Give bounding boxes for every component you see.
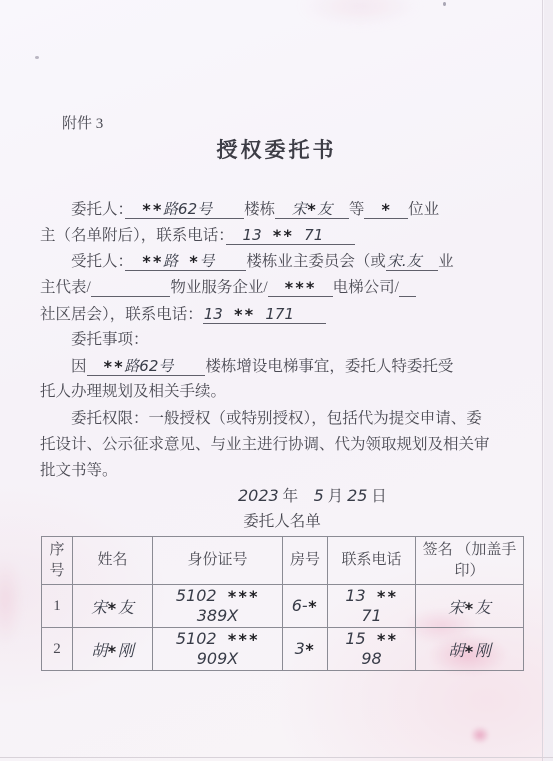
blank-field: 宋*友 — [91, 601, 134, 617]
typed-asterisks: *** — [284, 278, 316, 297]
blank-field: 6-* — [292, 599, 319, 615]
printed-text: 主代表/ — [40, 279, 91, 296]
printed-text: 电梯公司/ — [333, 279, 399, 296]
handwritten-text: 宋 — [292, 200, 307, 218]
blank-field — [91, 279, 171, 297]
blank-field: **路62号 — [87, 358, 206, 376]
printed-text: 2 — [53, 641, 61, 657]
printed-text: 1 — [53, 598, 61, 614]
body-line: 委托权限：一般授权（或特别授权），包括代为提交申请、委 — [40, 406, 538, 432]
typed-asterisks: *** — [217, 587, 260, 606]
printed-text: 托人办理规划及相关手续。 — [40, 383, 226, 400]
handwritten-text: 宋 — [91, 598, 107, 617]
handwritten-text: 13 — [204, 305, 223, 323]
printed-text: 委托人： — [40, 201, 125, 218]
printed-text: 位业 — [408, 201, 439, 218]
blank-field — [399, 279, 417, 297]
paper-edge-line — [542, 0, 543, 761]
handwritten-text: 5 — [314, 486, 324, 505]
cell-seq: 1 — [42, 585, 73, 628]
handwritten-text: 389X — [197, 606, 239, 625]
blank-field: 13 ** 71 — [345, 589, 397, 625]
handwritten-text: 5102 — [176, 629, 217, 648]
printed-text: 等 — [349, 201, 365, 218]
handwritten-text: 友 — [118, 598, 134, 617]
cell-phone: 13 ** 71 — [328, 585, 416, 628]
blank-space — [332, 201, 348, 218]
typed-asterisks: * — [308, 597, 319, 616]
printed-text: 社区居会），联系电话： — [40, 306, 203, 323]
handwritten-text: 71 — [304, 226, 323, 244]
blank-field: 宋.友 — [386, 253, 438, 271]
principal-roster-table: 序号 姓名 身份证号 房号 联系电话 签名 （加盖手印） 1 宋*友 5102 … — [41, 536, 524, 671]
scanned-document-page: 附件 3 授权委托书 委托人： **路62号 楼栋 宋*友 等 * 位业 主（名… — [0, 0, 553, 761]
blank-field: * — [364, 201, 408, 219]
table-row: 2 胡*刚 5102 *** 909X 3* 15 ** 98 胡*刚 — [42, 628, 524, 671]
handwritten-text: 路62号 — [163, 200, 212, 218]
blank-field: **路62号 — [125, 201, 244, 219]
blank-field: 宋*友 — [275, 201, 349, 219]
blank-field: 15 ** 98 — [345, 632, 397, 668]
body-line: 委托人： **路62号 楼栋 宋*友 等 * 位业 — [40, 196, 538, 222]
handwritten-text: 98 — [361, 649, 381, 668]
cell-signature: 宋*友 — [416, 585, 524, 628]
blank-field: 13 ** 71 — [226, 227, 355, 245]
pink-stain — [470, 726, 490, 744]
cell-room: 6-* — [283, 585, 328, 628]
pink-stain — [0, 556, 22, 646]
col-header-id-number: 身份证号 — [153, 537, 283, 585]
blank-space — [276, 201, 292, 218]
printed-text: 委托权限：一般授权（或特别授权），包括代为提交申请、委 — [40, 410, 482, 427]
printed-text: 主（名单附后），联系电话： — [40, 227, 226, 244]
printed-text: 楼栋 — [244, 201, 275, 218]
typed-asterisks: ** — [366, 587, 398, 606]
typed-asterisks: * — [381, 200, 392, 219]
body-line: 主代表/ 物业服务企业/ *** 电梯公司/ — [40, 275, 538, 301]
col-header-room: 房号 — [283, 537, 328, 585]
typed-asterisks: ** — [223, 305, 266, 324]
printed-text: 楼栋增设电梯事宜，委托人特委托受 — [205, 358, 453, 375]
typed-asterisks: * — [307, 200, 318, 219]
table-header-row: 序号 姓名 身份证号 房号 联系电话 签名 （加盖手印） — [42, 537, 524, 585]
body-line: 托人办理规划及相关手续。 — [40, 379, 538, 405]
col-header-name: 姓名 — [73, 537, 153, 585]
blank-space — [126, 253, 142, 270]
handwritten-text: 5102 — [176, 586, 217, 605]
blank-field: 3* — [295, 642, 316, 658]
printed-text: 月 — [324, 488, 347, 505]
blank-field: **路 *号 — [125, 253, 246, 271]
cell-id-number: 5102 *** 389X — [153, 585, 283, 628]
printed-text: 楼栋业主委员会（或 — [246, 253, 386, 270]
cell-seq: 2 — [42, 628, 73, 671]
blank-field: 5102 *** 909X — [176, 632, 259, 668]
body-line: 批文书等。 — [40, 458, 538, 484]
table-row: 1 宋*友 5102 *** 389X 6-* 13 ** 71 宋*友 — [42, 585, 524, 628]
typed-asterisks: ** — [142, 252, 163, 271]
cell-name: 宋*友 — [73, 585, 153, 628]
typed-asterisks: * — [464, 599, 475, 618]
printed-text: 委托事项： — [40, 331, 149, 348]
typed-asterisks: ** — [142, 200, 163, 219]
blank-field: 宋*友 — [448, 601, 491, 617]
printed-text: 因 — [40, 358, 87, 375]
body-line: 社区居会），联系电话：13 ** 171 — [40, 301, 538, 327]
printed-text: 托设计、公示征求意见、与业主进行协调、代为领取规划及相关审 — [40, 436, 490, 453]
handwritten-text: 13 — [243, 226, 262, 244]
blank-space — [294, 306, 325, 323]
scan-speck — [443, 2, 446, 6]
handwritten-text: 909X — [197, 649, 239, 668]
handwritten-text: 路 — [163, 252, 178, 270]
blank-space — [392, 201, 408, 218]
typed-asterisks: ** — [103, 357, 124, 376]
printed-text: 日 — [367, 488, 386, 505]
typed-asterisks: * — [107, 599, 118, 618]
printed-text: 物业服务企业/ — [170, 279, 267, 296]
blank-field: 胡*刚 — [448, 644, 491, 660]
handwritten-text: 13 — [345, 586, 365, 605]
body-line: 受托人： **路 *号 楼栋业主委员会（或宋.友 业 — [40, 248, 538, 274]
col-header-seq: 序号 — [42, 537, 73, 585]
cell-phone: 15 ** 98 — [328, 628, 416, 671]
document-body: 委托人： **路62号 楼栋 宋*友 等 * 位业 主（名单附后），联系电话： … — [40, 196, 538, 484]
typed-asterisks: ** — [366, 630, 398, 649]
blank-space — [126, 201, 142, 218]
body-line: 托设计、公示征求意见、与业主进行协调、代为领取规划及相关审 — [40, 432, 538, 458]
cell-id-number: 5102 *** 909X — [153, 628, 283, 671]
blank-space — [92, 279, 170, 296]
handwritten-text: 2023 — [238, 486, 279, 505]
handwritten-text: 友 — [317, 200, 332, 218]
handwritten-text: 宋.友 — [387, 252, 422, 270]
handwritten-text: 胡 — [448, 641, 464, 660]
col-header-phone: 联系电话 — [328, 537, 416, 585]
handwritten-text: 刚 — [475, 641, 491, 660]
blank-field: 13 ** 171 — [203, 306, 326, 324]
body-line: 主（名单附后），联系电话： 13 ** 71 — [40, 222, 538, 248]
typed-asterisks: * — [107, 642, 118, 661]
scan-speck — [35, 56, 39, 59]
blank-space — [214, 253, 245, 270]
cell-room: 3* — [283, 628, 328, 671]
cell-signature: 胡*刚 — [416, 628, 524, 671]
col-header-signature: 签名 （加盖手印） — [416, 537, 524, 585]
handwritten-text: 3 — [295, 639, 305, 658]
paper-edge-strip — [544, 0, 553, 761]
blank-field: *** — [268, 279, 333, 297]
blank-space — [173, 358, 204, 375]
blank-space — [88, 358, 104, 375]
blank-field: 胡*刚 — [91, 644, 134, 660]
typed-asterisks: ** — [262, 226, 305, 245]
typed-asterisks: * — [464, 642, 475, 661]
typed-asterisks: * — [305, 640, 316, 659]
handwritten-text: 171 — [265, 305, 294, 323]
handwritten-text: 宋 — [448, 598, 464, 617]
blank-space — [269, 279, 285, 296]
pink-stain — [300, 0, 420, 26]
typed-asterisks: *** — [217, 630, 260, 649]
handwritten-text: 路62号 — [124, 357, 173, 375]
document-title: 授权委托书 — [0, 134, 553, 164]
blank-space — [316, 279, 332, 296]
signature-date: 2023 年 5 月 25 日 — [238, 483, 387, 510]
handwritten-text: 71 — [361, 606, 381, 625]
handwritten-text: 刚 — [118, 641, 134, 660]
attachment-label: 附件 3 — [62, 112, 103, 133]
scanner-bottom-shadow — [0, 757, 553, 758]
blank-space — [323, 227, 354, 244]
printed-text: 受托人： — [40, 253, 125, 270]
body-line: 因 **路62号 楼栋增设电梯事宜，委托人特委托受 — [40, 353, 538, 379]
roster-table-title: 委托人名单 — [41, 509, 523, 531]
blank-space — [365, 201, 381, 218]
blank-space — [400, 279, 416, 296]
printed-text: 年 — [279, 488, 314, 505]
handwritten-text: 15 — [345, 629, 365, 648]
cell-name: 胡*刚 — [73, 628, 153, 671]
handwritten-text: 友 — [475, 598, 491, 617]
blank-space — [227, 227, 243, 244]
handwritten-text: 6- — [292, 596, 308, 615]
printed-text: 批文书等。 — [40, 462, 118, 479]
blank-space — [422, 253, 438, 270]
blank-field: 5102 *** 389X — [176, 589, 259, 625]
handwritten-text: 号 — [199, 252, 214, 270]
handwritten-text: 25 — [347, 486, 367, 505]
blank-space — [212, 201, 243, 218]
handwritten-text: 胡 — [91, 641, 107, 660]
printed-text: 业 — [438, 253, 454, 270]
typed-asterisks: * — [178, 252, 199, 271]
body-line: 委托事项： — [40, 327, 538, 353]
